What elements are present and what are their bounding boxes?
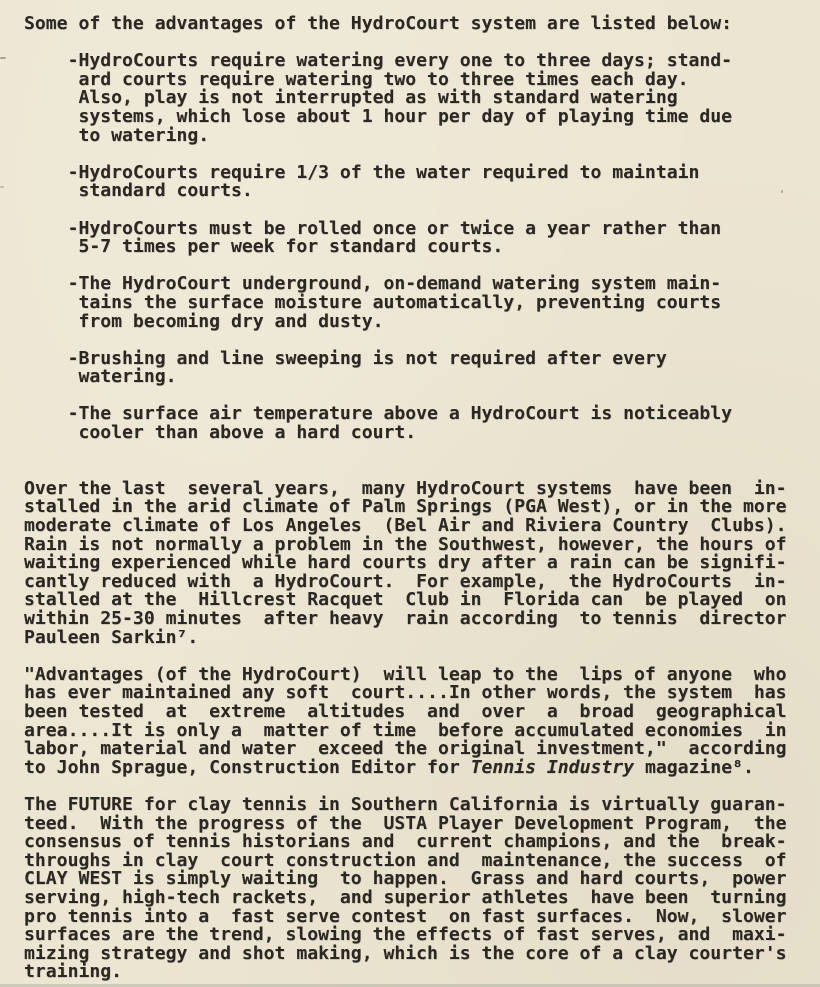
text-line: -HydroCourts require watering every one … xyxy=(24,52,812,71)
text-line: 5-7 times per week for standard courts. xyxy=(24,238,812,257)
text-line: within 25-30 minutes after heavy rain ac… xyxy=(24,610,812,629)
text-line: The FUTURE for clay tennis in Southern C… xyxy=(24,796,812,815)
text-line: standard courts. xyxy=(24,182,812,201)
scanned-page: Some of the advantages of the HydroCourt… xyxy=(0,0,820,987)
text-line: tains the surface moisture automatically… xyxy=(24,294,812,313)
text-line: watering. xyxy=(24,368,812,387)
text-line: from becoming dry and dusty. xyxy=(24,313,812,332)
text-line: consensus of tennis historians and curre… xyxy=(24,833,812,852)
bullet-item-rolling: -HydroCourts must be rolled once or twic… xyxy=(24,220,812,257)
text-line: training. xyxy=(24,963,812,982)
scan-artifact xyxy=(0,186,4,188)
text-line: to John Sprague, Construction Editor for… xyxy=(24,759,812,778)
typewritten-document: Some of the advantages of the HydroCourt… xyxy=(24,15,812,982)
text-line: moderate climate of Los Angeles (Bel Air… xyxy=(24,517,812,536)
text-line: mizing strategy and shot making, which i… xyxy=(24,945,812,964)
bullet-item-watering-frequency: -HydroCourts require watering every one … xyxy=(24,52,812,145)
paragraph-sprague-quote: "Advantages (of the HydroCourt) will lea… xyxy=(24,666,812,778)
text-line: systems, which lose about 1 hour per day… xyxy=(24,108,812,127)
scan-artifact xyxy=(781,190,783,193)
bullet-item-brushing: -Brushing and line sweeping is not requi… xyxy=(24,350,812,387)
text-line: serving, high-tech rackets, and superior… xyxy=(24,889,812,908)
paragraph-installed-systems: Over the last several years, many HydroC… xyxy=(24,480,812,647)
bullet-item-water-amount: -HydroCourts require 1/3 of the water re… xyxy=(24,164,812,201)
text-line: surfaces are the trend, slowing the effe… xyxy=(24,926,812,945)
text-line: Pauleen Sarkin⁷. xyxy=(24,629,812,648)
bullet-item-moisture: -The HydroCourt underground, on-demand w… xyxy=(24,275,812,331)
text-line: cooler than above a hard court. xyxy=(24,424,812,443)
intro-paragraph: Some of the advantages of the HydroCourt… xyxy=(24,15,812,34)
bullet-item-temperature: -The surface air temperature above a Hyd… xyxy=(24,405,812,442)
paragraph-future: The FUTURE for clay tennis in Southern C… xyxy=(24,796,812,982)
scan-artifact xyxy=(0,57,6,59)
text-line: Some of the advantages of the HydroCourt… xyxy=(24,15,812,34)
text-line: been tested at extreme altitudes and ove… xyxy=(24,703,812,722)
text-line: to watering. xyxy=(24,127,812,146)
